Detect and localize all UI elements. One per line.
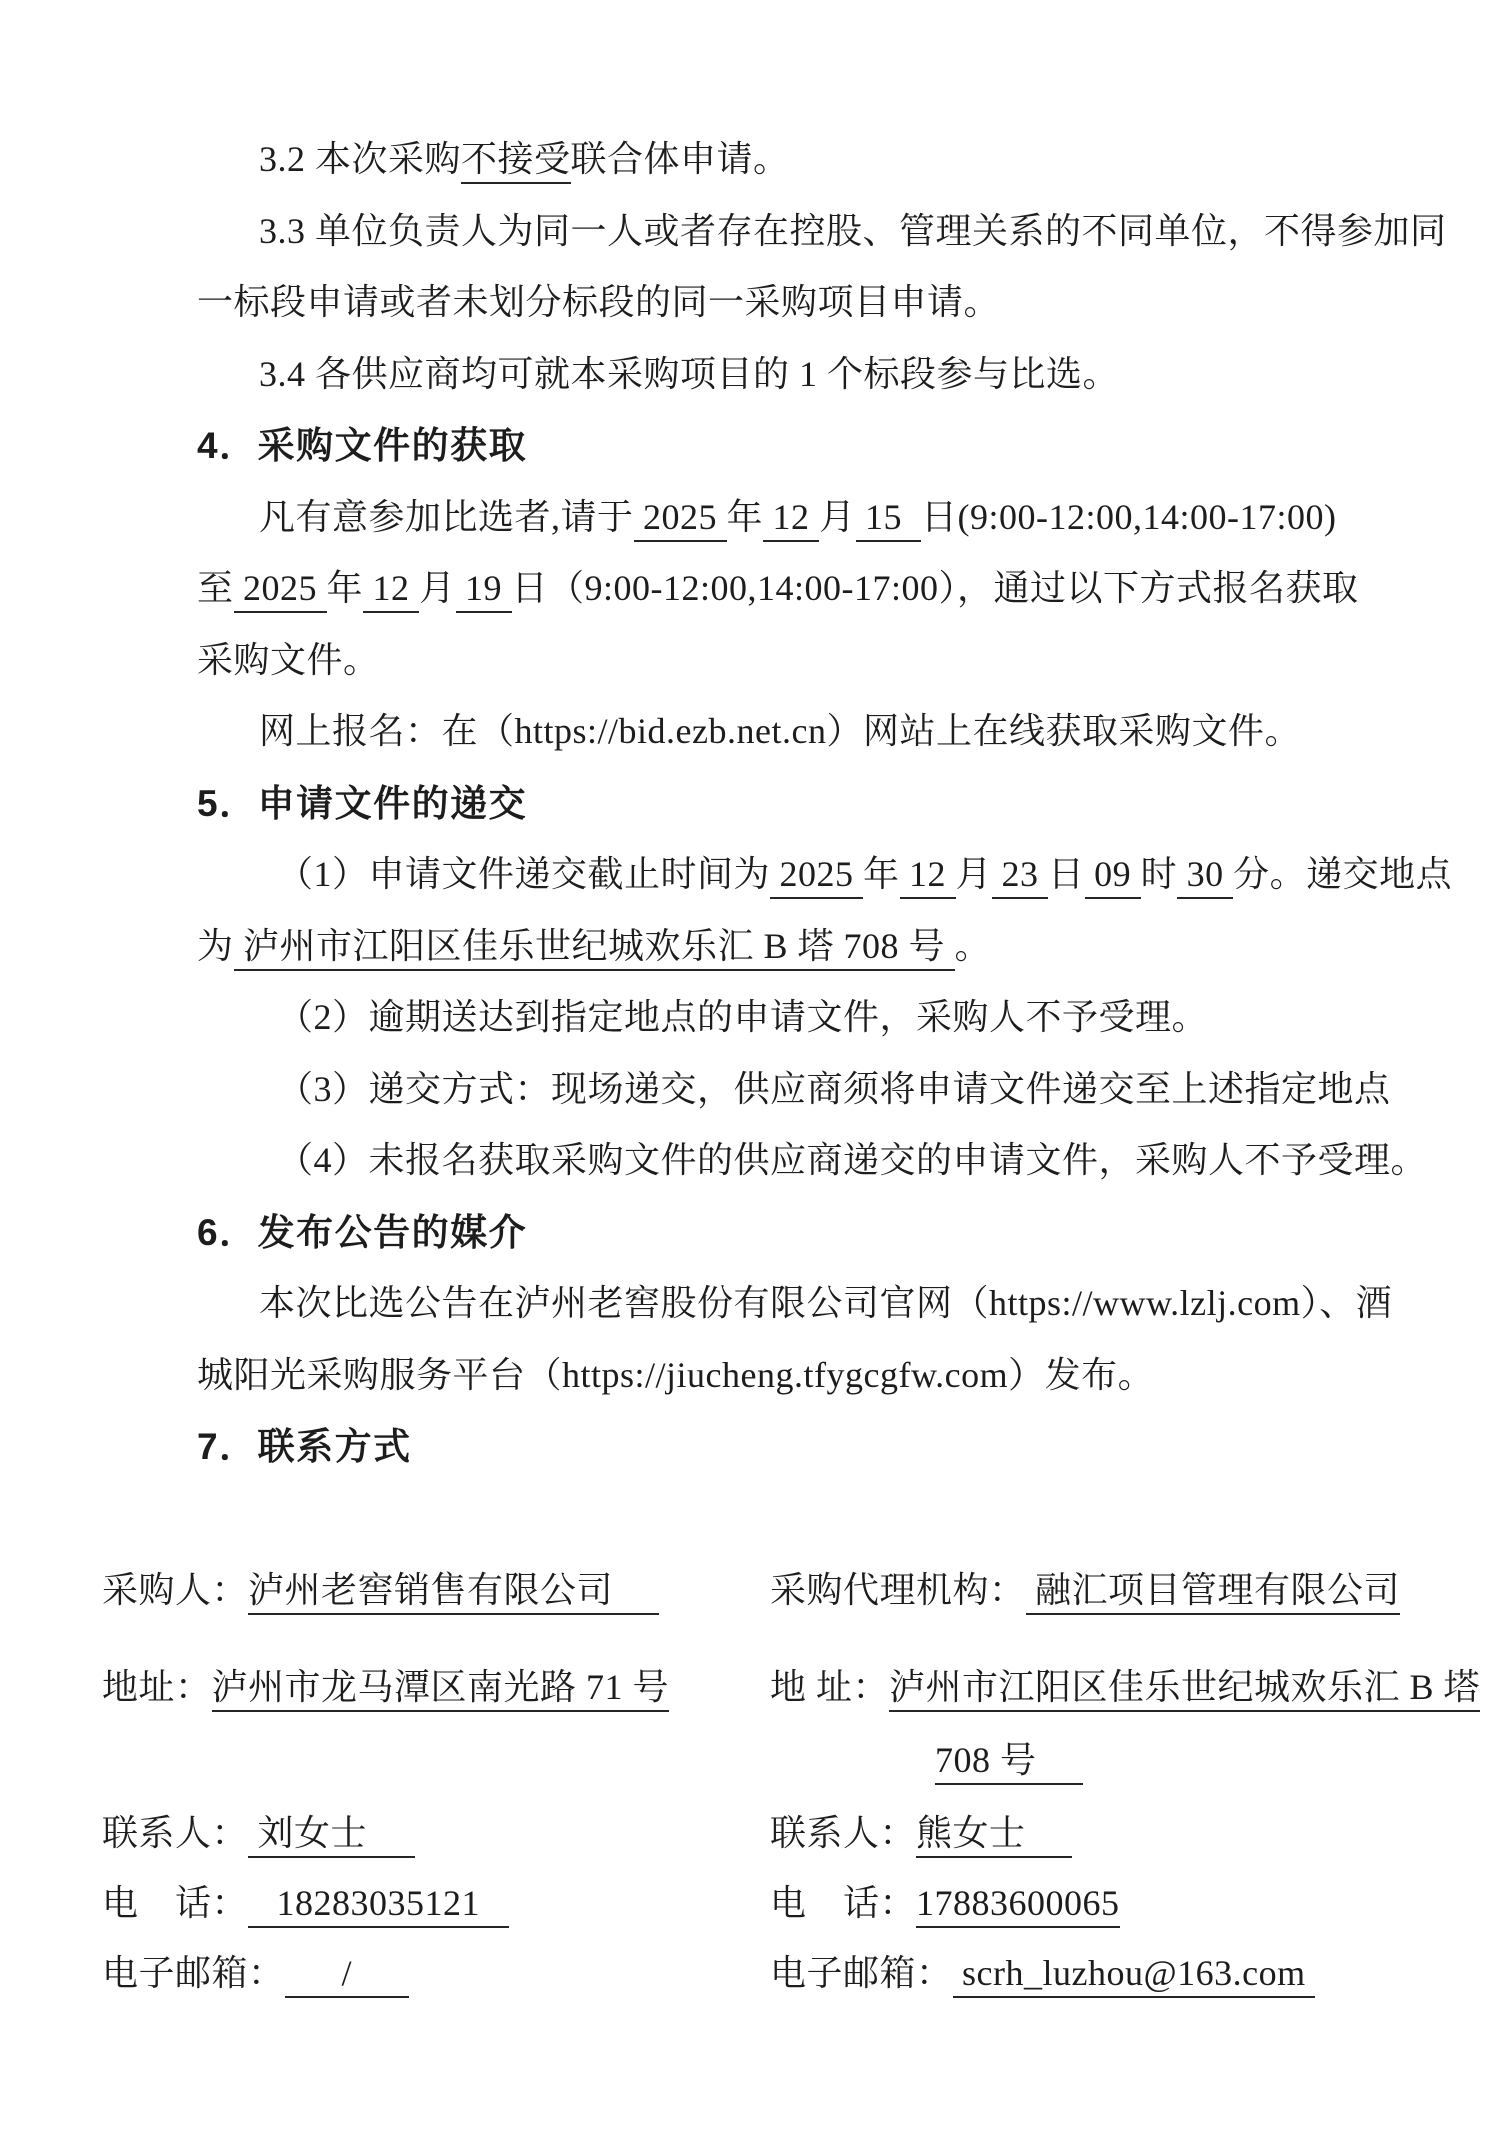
para-4-line3: 采购文件。 — [197, 625, 1457, 697]
underlined-text-segment: 15 — [856, 497, 922, 542]
purchaser-person-row: 联系人： 刘女士 — [102, 1798, 415, 1868]
section-heading-7: 7．联系方式 — [197, 1411, 1457, 1483]
text-segment: （3）递交方式：现场递交，供应商须将申请文件递交至上述指定地点 — [277, 1069, 1391, 1109]
text-segment: 网上报名：在（https://bid.ezb.net.cn）网站上在线获取采购文… — [259, 711, 1301, 751]
text-segment: （2）逾期送达到指定地点的申请文件，采购人不予受理。 — [277, 997, 1208, 1037]
text-segment: 联系人： — [102, 1813, 248, 1853]
agency-address-row2: 708 号 — [935, 1725, 1083, 1795]
text-segment: 日（9:00-12:00,14:00-17:00），通过以下方式报名获取 — [512, 568, 1359, 608]
clause-3-4: 3.4 各供应商均可就本采购项目的 1 个标段参与比选。 — [197, 339, 1457, 411]
underlined-text-segment: 泸州市江阳区佳乐世纪城欢乐汇 B 塔 708 号 — [234, 926, 955, 971]
text-segment: 地址： — [102, 1667, 212, 1707]
text-segment: （1）申请文件递交截止时间为 — [277, 854, 770, 894]
underlined-text-segment: 2025 — [770, 854, 863, 899]
underlined-text-segment: 12 — [363, 568, 419, 613]
para-6-line2: 城阳光采购服务平台（https://jiucheng.tfygcgfw.com）… — [197, 1340, 1457, 1412]
text-segment: 月 — [819, 497, 856, 537]
underlined-text-segment: 2025 — [634, 497, 727, 542]
text-segment: 分。递交地点 — [1233, 854, 1452, 894]
document-page: 3.2 本次采购不接受联合体申请。 3.3 单位负责人为同一人或者存在控股、管理… — [0, 0, 1500, 2138]
underlined-text-segment: 708 号 — [935, 1740, 1083, 1785]
underlined-text-segment: 不接受 — [461, 139, 571, 184]
text-segment: 年 — [727, 497, 764, 537]
text-segment: 地 址： — [770, 1667, 889, 1707]
para-6-line1: 本次比选公告在泸州老窖股份有限公司官网（https://www.lzlj.com… — [197, 1268, 1457, 1340]
purchaser-address-row: 地址：泸州市龙马潭区南光路 71 号 — [102, 1652, 669, 1722]
clause-3-3-line2: 一标段申请或者未划分标段的同一采购项目申请。 — [197, 267, 1457, 339]
text-segment: 本次比选公告在泸州老窖股份有限公司官网（https://www.lzlj.com… — [259, 1283, 1392, 1323]
text-segment: 采购文件。 — [197, 640, 380, 680]
underlined-text-segment: 熊女士 — [916, 1813, 1072, 1858]
text-segment: 月 — [956, 854, 993, 894]
agency-address-row1: 地 址：泸州市江阳区佳乐世纪城欢乐汇 B 塔 — [770, 1652, 1480, 1722]
para-5-1-line1: （1）申请文件递交截止时间为 2025 年 12 月 23 日 09 时 30 … — [197, 839, 1457, 911]
section-heading-4: 4．采购文件的获取 — [197, 410, 1457, 482]
underlined-text-segment: 19 — [456, 568, 512, 613]
underlined-text-segment: 2025 — [234, 568, 327, 613]
underlined-text-segment: 12 — [763, 497, 819, 542]
text-segment: 凡有意参加比选者,请于 — [259, 497, 634, 537]
underlined-text-segment: / — [285, 1953, 410, 1998]
text-segment: 3.3 单位负责人为同一人或者存在控股、管理关系的不同单位，不得参加同 — [259, 211, 1447, 251]
text-segment: 电子邮箱： — [102, 1953, 285, 1993]
text-segment: 城阳光采购服务平台（https://jiucheng.tfygcgfw.com）… — [197, 1355, 1154, 1395]
text-segment: 。 — [955, 926, 992, 966]
para-4-line1: 凡有意参加比选者,请于 2025 年 12 月 15 日(9:00-12:00,… — [197, 482, 1457, 554]
text-segment: 采购代理机构： — [770, 1570, 1026, 1610]
underlined-text-segment: scrh_luzhou@163.com — [953, 1953, 1316, 1998]
para-4-line2: 至 2025 年 12 月 19 日（9:00-12:00,14:00-17:0… — [197, 553, 1457, 625]
text-segment: 采购人： — [102, 1570, 248, 1610]
purchaser-email-row: 电子邮箱： / — [102, 1938, 409, 2008]
text-segment: 一标段申请或者未划分标段的同一采购项目申请。 — [197, 282, 1000, 322]
text-segment: 联合体申请。 — [571, 139, 790, 179]
text-segment: 年 — [863, 854, 900, 894]
underlined-text-segment: 泸州市江阳区佳乐世纪城欢乐汇 B 塔 — [889, 1667, 1480, 1712]
text-segment: 电 话： — [770, 1883, 916, 1923]
document-body: 3.2 本次采购不接受联合体申请。 3.3 单位负责人为同一人或者存在控股、管理… — [197, 124, 1457, 1483]
para-5-4: （4）未报名获取采购文件的供应商递交的申请文件，采购人不予受理。 — [197, 1125, 1457, 1197]
clause-3-3-line1: 3.3 单位负责人为同一人或者存在控股、管理关系的不同单位，不得参加同 — [197, 196, 1457, 268]
para-5-2: （2）逾期送达到指定地点的申请文件，采购人不予受理。 — [197, 982, 1457, 1054]
text-segment: 时 — [1141, 854, 1178, 894]
text-segment: 6．发布公告的媒介 — [197, 1212, 527, 1253]
text-segment: 电 话： — [102, 1883, 248, 1923]
underlined-text-segment: 泸州老窖销售有限公司 — [248, 1570, 659, 1615]
text-segment: 日 — [1048, 854, 1085, 894]
para-5-1-line2: 为 泸州市江阳区佳乐世纪城欢乐汇 B 塔 708 号 。 — [197, 911, 1457, 983]
para-online-signup: 网上报名：在（https://bid.ezb.net.cn）网站上在线获取采购文… — [197, 696, 1457, 768]
purchaser-phone-row: 电 话： 18283035121 — [102, 1868, 509, 1938]
text-segment: 联系人： — [770, 1813, 916, 1853]
underlined-text-segment: 17883600065 — [916, 1883, 1120, 1928]
clause-3-2: 3.2 本次采购不接受联合体申请。 — [197, 124, 1457, 196]
section-heading-6: 6．发布公告的媒介 — [197, 1197, 1457, 1269]
text-segment: 至 — [197, 568, 234, 608]
text-segment: 电子邮箱： — [770, 1953, 953, 1993]
text-segment: 月 — [419, 568, 456, 608]
underlined-text-segment: 融汇项目管理有限公司 — [1026, 1570, 1401, 1615]
agency-email-row: 电子邮箱： scrh_luzhou@163.com — [770, 1938, 1315, 2008]
underlined-text-segment: 泸州市龙马潭区南光路 71 号 — [212, 1667, 670, 1712]
underlined-text-segment: 09 — [1085, 854, 1141, 899]
text-segment: 5．申请文件的递交 — [197, 783, 527, 824]
underlined-text-segment: 23 — [992, 854, 1048, 899]
agency-name-row: 采购代理机构： 融汇项目管理有限公司 — [770, 1555, 1400, 1625]
text-segment: 日(9:00-12:00,14:00-17:00) — [921, 497, 1336, 537]
text-segment: 7．联系方式 — [197, 1426, 412, 1467]
underlined-text-segment: 12 — [900, 854, 956, 899]
underlined-text-segment: 30 — [1177, 854, 1233, 899]
section-heading-5: 5．申请文件的递交 — [197, 768, 1457, 840]
text-segment: 年 — [327, 568, 364, 608]
para-5-3: （3）递交方式：现场递交，供应商须将申请文件递交至上述指定地点 — [197, 1054, 1457, 1126]
purchaser-name-row: 采购人：泸州老窖销售有限公司 — [102, 1555, 659, 1625]
underlined-text-segment: 18283035121 — [248, 1883, 509, 1928]
text-segment: 4．采购文件的获取 — [197, 425, 527, 466]
agency-phone-row: 电 话：17883600065 — [770, 1868, 1120, 1938]
agency-person-row: 联系人：熊女士 — [770, 1798, 1072, 1868]
text-segment: （4）未报名获取采购文件的供应商递交的申请文件，采购人不予受理。 — [277, 1140, 1427, 1180]
underlined-text-segment: 刘女士 — [248, 1813, 415, 1858]
text-segment: 为 — [197, 926, 234, 966]
text-segment: 3.2 本次采购 — [259, 139, 461, 179]
text-segment: 3.4 各供应商均可就本采购项目的 1 个标段参与比选。 — [259, 354, 1119, 394]
